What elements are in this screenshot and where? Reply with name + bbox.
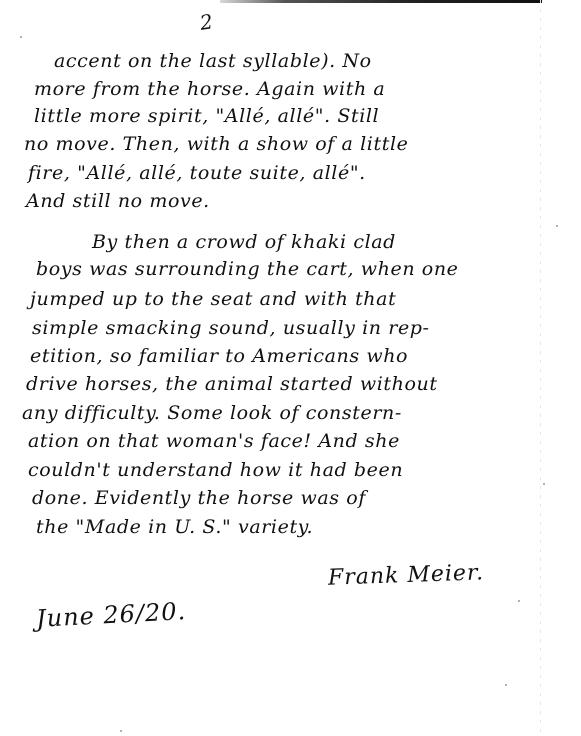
text-line: more from the horse. Again with a	[34, 78, 385, 100]
text-line: ation on that woman's face! And she	[28, 430, 400, 452]
scan-speck	[20, 36, 22, 38]
letter-date: June 26/20.	[35, 597, 186, 633]
scan-speck	[518, 600, 520, 602]
text-line: By then a crowd of khaki clad	[92, 231, 396, 253]
scan-speck	[556, 225, 558, 227]
scan-speck	[505, 684, 507, 686]
text-line: little more spirit, "Allé, allé". Still	[34, 105, 379, 127]
page-number: 2	[198, 9, 214, 35]
text-line: And still no move.	[26, 190, 210, 212]
signature: Frank Meier.	[328, 560, 485, 590]
text-line: fire, "Allé, allé, toute suite, allé".	[28, 162, 366, 184]
scan-top-border	[220, 0, 542, 3]
text-line: the "Made in U. S." variety.	[36, 516, 313, 538]
text-line: jumped up to the seat and with that	[30, 288, 396, 310]
text-line: done. Evidently the horse was of	[32, 487, 366, 509]
scan-right-edge	[540, 0, 541, 736]
letter-page: 2 accent on the last syllable). No more …	[0, 0, 581, 736]
text-line: etition, so familiar to Americans who	[30, 345, 408, 367]
text-line: simple smacking sound, usually in rep-	[32, 317, 430, 339]
text-line: no move. Then, with a show of a little	[24, 133, 408, 155]
text-line: boys was surrounding the cart, when one	[36, 258, 459, 280]
scan-speck	[543, 483, 545, 485]
text-line: accent on the last syllable). No	[54, 50, 372, 72]
text-line: drive horses, the animal started without	[26, 373, 438, 395]
scan-speck	[120, 730, 122, 732]
text-line: couldn't understand how it had been	[28, 459, 403, 481]
text-line: any difficulty. Some look of constern-	[22, 402, 402, 424]
